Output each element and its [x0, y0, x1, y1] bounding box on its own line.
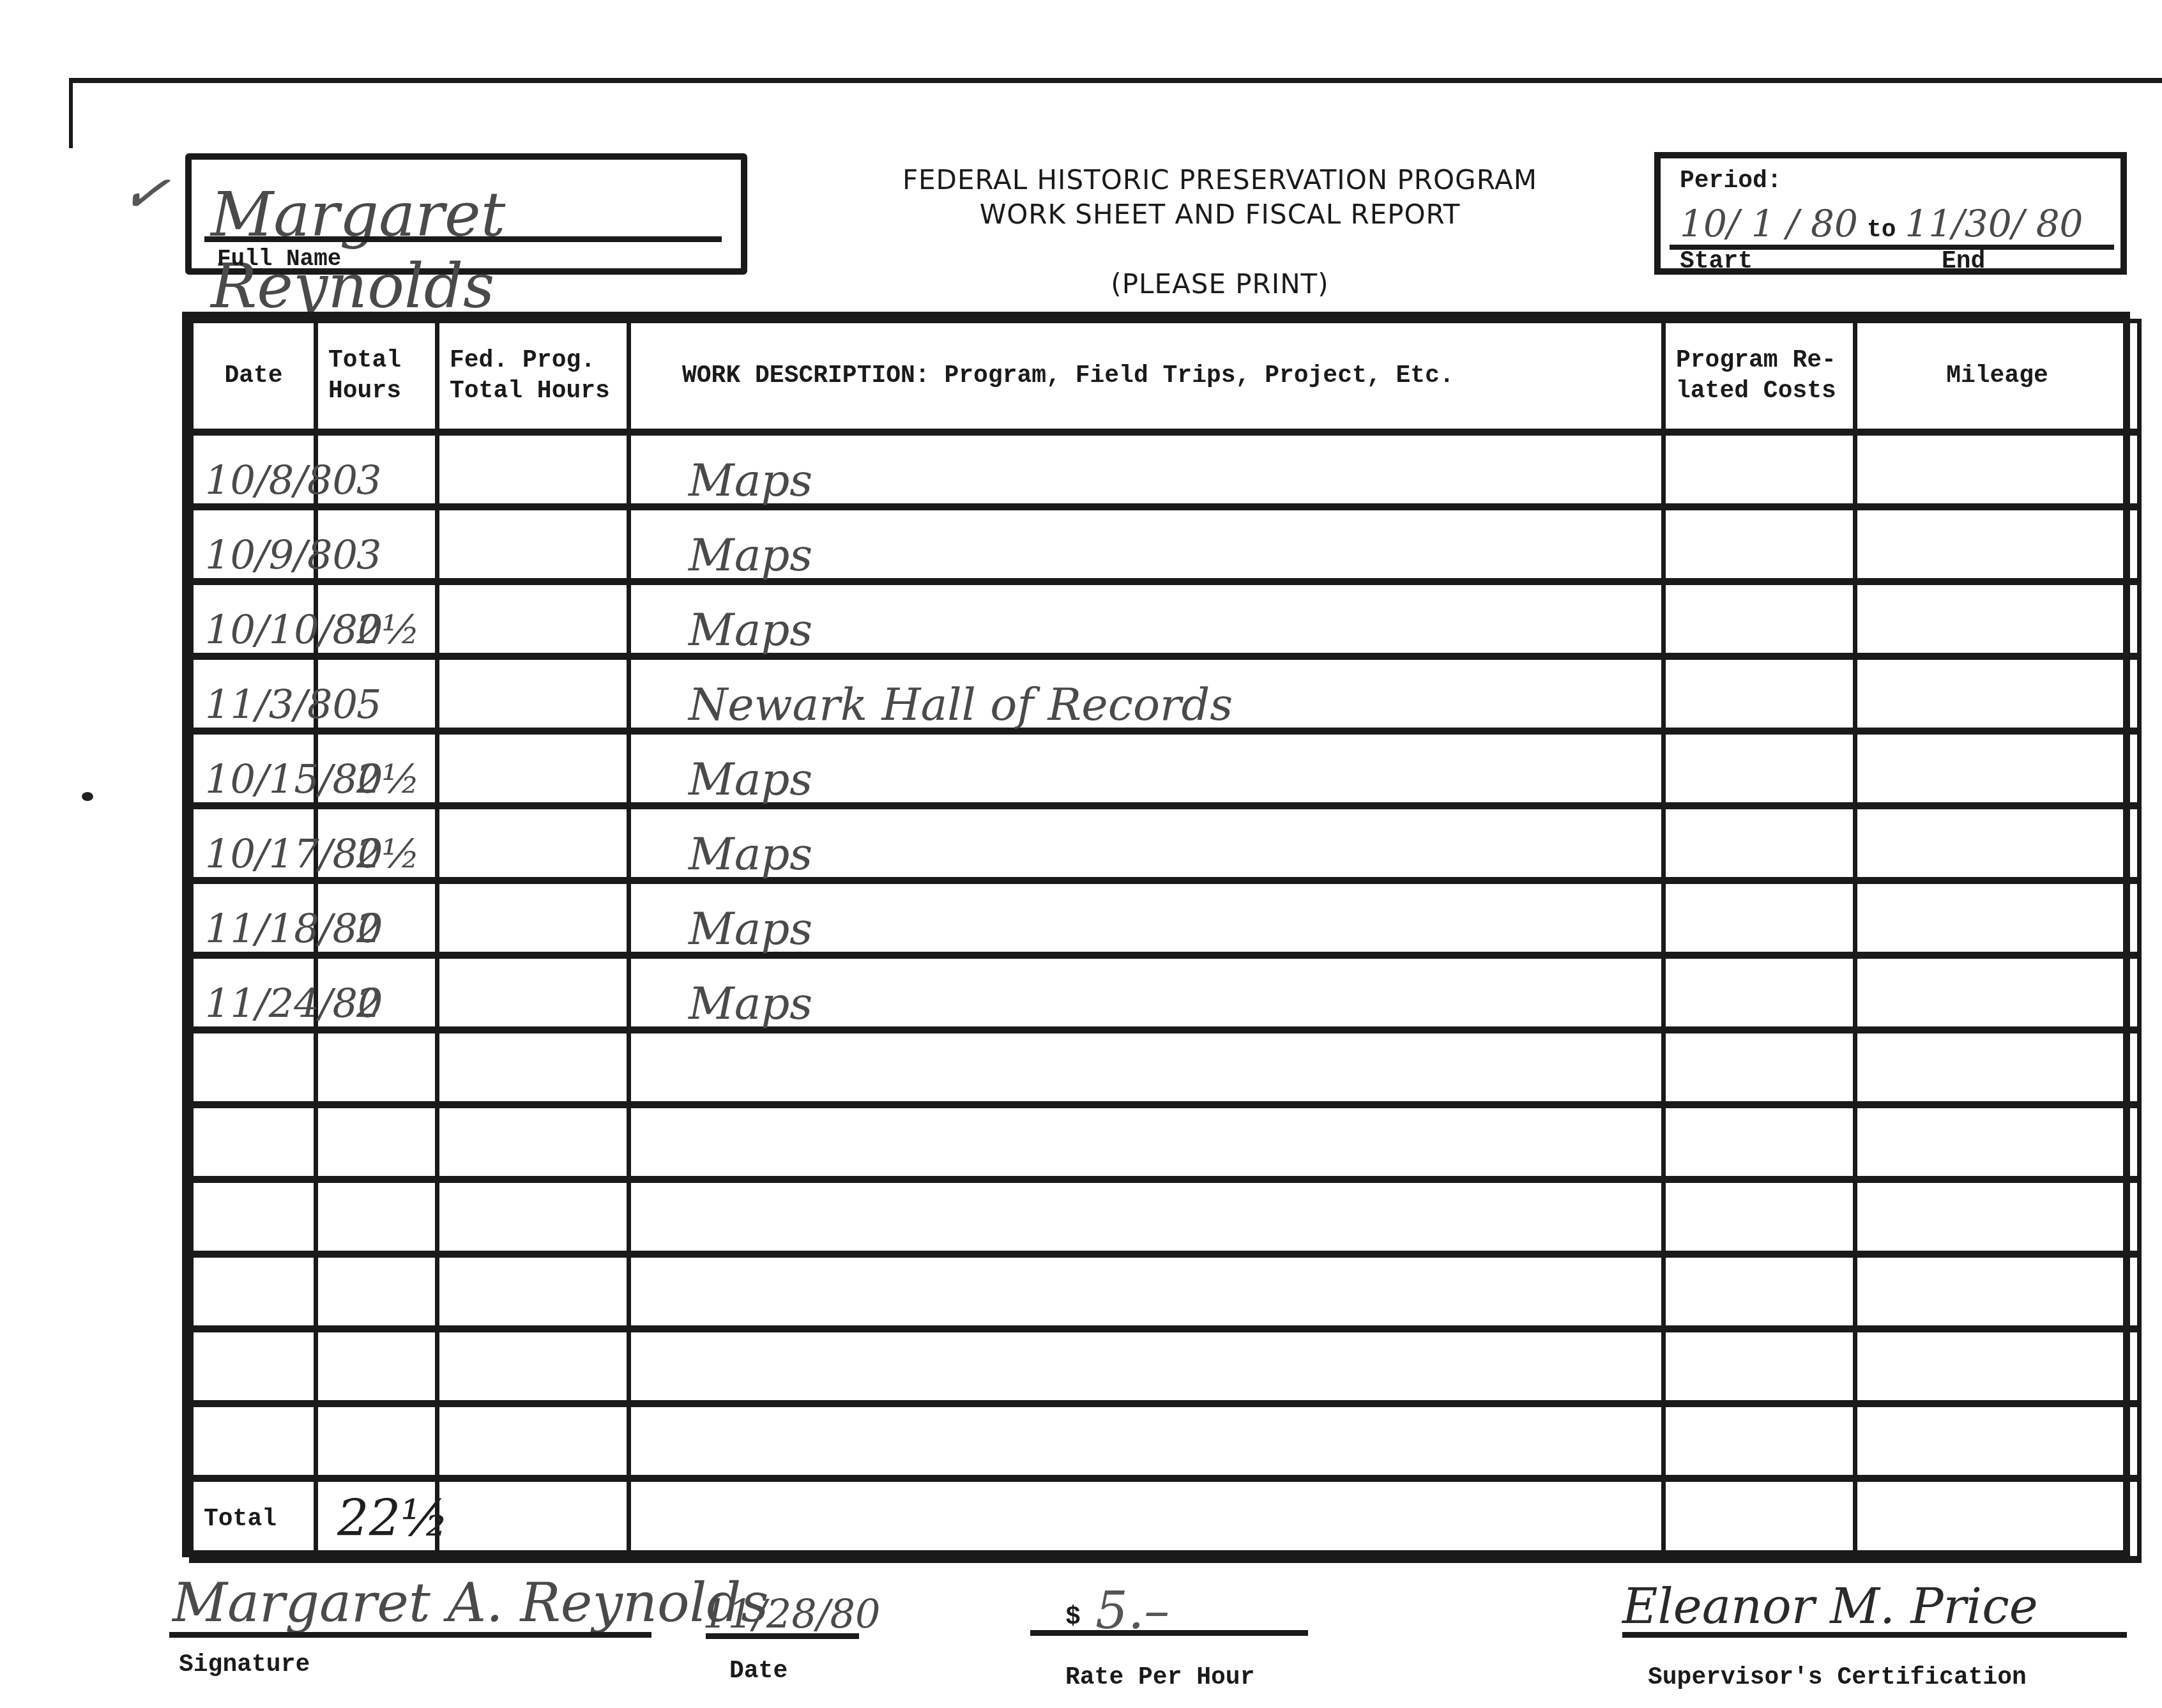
- date-cell[interactable]: 10/15/80: [192, 731, 316, 806]
- date-cell[interactable]: [192, 1105, 316, 1180]
- supervisor-underline: [1622, 1632, 2127, 1638]
- description-cell[interactable]: [629, 1105, 1664, 1180]
- table-row: 10/15/80 2½ Maps: [192, 731, 2140, 806]
- total-fed-hours-cell[interactable]: [438, 1479, 629, 1560]
- total-costs-cell[interactable]: [1664, 1479, 1855, 1560]
- costs-cell[interactable]: [1664, 1105, 1855, 1180]
- description-cell[interactable]: Newark Hall of Records: [629, 657, 1664, 731]
- table-row: 11/24/80 2 Maps: [192, 956, 2140, 1030]
- table-row: 10/8/80 3 Maps: [192, 432, 2140, 507]
- signature-underline: [169, 1632, 651, 1638]
- fed-hours-cell[interactable]: [438, 1180, 629, 1254]
- fed-hours-cell[interactable]: [438, 1329, 629, 1404]
- form-title-line-1: FEDERAL HISTORIC PRESERVATION PROGRAM: [881, 163, 1558, 197]
- total-label-cell: Total: [192, 1479, 316, 1560]
- description-cell[interactable]: Maps: [629, 881, 1664, 956]
- ink-speck: [82, 792, 93, 801]
- mileage-cell[interactable]: [1855, 1254, 2140, 1329]
- table-row: 10/17/80 2½ Maps: [192, 806, 2140, 881]
- mileage-cell[interactable]: [1855, 1105, 2140, 1180]
- costs-cell[interactable]: [1664, 1030, 1855, 1105]
- period-label: Period:: [1680, 167, 1782, 195]
- rate-currency-symbol: $: [1065, 1603, 1081, 1632]
- date-cell[interactable]: [192, 1180, 316, 1254]
- costs-cell[interactable]: [1664, 731, 1855, 806]
- table-header-row: Date TotalHours Fed. Prog.Total Hours WO…: [192, 321, 2140, 432]
- column-header-date: Date: [192, 321, 316, 432]
- form-title-line-2: WORK SHEET AND FISCAL REPORT: [881, 197, 1558, 232]
- fed-hours-cell[interactable]: [438, 806, 629, 881]
- table-row: [192, 1254, 2140, 1329]
- date-cell[interactable]: 10/8/80: [192, 432, 316, 507]
- date-cell[interactable]: [192, 1329, 316, 1404]
- form-title: FEDERAL HISTORIC PRESERVATION PROGRAM WO…: [881, 163, 1558, 232]
- total-label: Total: [194, 1506, 277, 1533]
- please-print-note: (PLEASE PRINT): [1022, 268, 1418, 300]
- column-header-total-hours: TotalHours: [316, 321, 438, 432]
- fed-hours-cell[interactable]: [438, 731, 629, 806]
- total-hours-cell[interactable]: 22½: [316, 1479, 438, 1560]
- supervisor-signature-field[interactable]: Eleanor M. Price: [1622, 1578, 2038, 1635]
- period-start-field[interactable]: 10/ 1 / 80: [1680, 202, 1858, 245]
- date-cell[interactable]: 10/10/80: [192, 582, 316, 657]
- fed-hours-cell[interactable]: [438, 582, 629, 657]
- description-cell[interactable]: [629, 1030, 1664, 1105]
- total-hours-value: 22½: [318, 1496, 435, 1542]
- costs-cell[interactable]: [1664, 956, 1855, 1030]
- table-row: 11/3/80 5 Newark Hall of Records: [192, 657, 2140, 731]
- hours-cell[interactable]: [316, 1329, 438, 1404]
- period-end-label: End: [1942, 248, 1985, 275]
- date-cell[interactable]: 11/3/80: [192, 657, 316, 731]
- description-cell[interactable]: Maps: [629, 956, 1664, 1030]
- table-row: [192, 1180, 2140, 1254]
- fed-hours-cell[interactable]: [438, 432, 629, 507]
- table-row: [192, 1404, 2140, 1479]
- mileage-cell[interactable]: [1855, 657, 2140, 731]
- fed-hours-cell[interactable]: [438, 1030, 629, 1105]
- hours-cell[interactable]: [316, 1105, 438, 1180]
- signature-date-underline: [706, 1633, 859, 1639]
- mileage-cell[interactable]: [1855, 806, 2140, 881]
- fed-hours-cell[interactable]: [438, 1105, 629, 1180]
- hours-cell[interactable]: [316, 1404, 438, 1479]
- signature-date-label: Date: [729, 1658, 788, 1685]
- costs-cell[interactable]: [1664, 432, 1855, 507]
- period-box: Period: 10/ 1 / 80 to 11/30/ 80 Start En…: [1654, 152, 2127, 275]
- period-start-label: Start: [1680, 248, 1753, 275]
- costs-cell[interactable]: [1664, 507, 1855, 582]
- date-cell[interactable]: 10/17/80: [192, 806, 316, 881]
- costs-cell[interactable]: [1664, 1329, 1855, 1404]
- mileage-cell[interactable]: [1855, 731, 2140, 806]
- signature-field[interactable]: Margaret A. Reynolds: [172, 1571, 768, 1634]
- work-sheet-grid: Date TotalHours Fed. Prog.Total Hours WO…: [189, 319, 2142, 1563]
- hours-cell[interactable]: [316, 1030, 438, 1105]
- full-name-box: Margaret Reynolds Full Name: [185, 153, 747, 275]
- description-cell[interactable]: [629, 1329, 1664, 1404]
- full-name-label: Full Name: [217, 246, 341, 272]
- mileage-cell[interactable]: [1855, 1180, 2140, 1254]
- date-cell[interactable]: 11/24/80: [192, 956, 316, 1030]
- fed-hours-cell[interactable]: [438, 507, 629, 582]
- mileage-cell[interactable]: [1855, 432, 2140, 507]
- rate-underline: [1030, 1630, 1308, 1636]
- description-cell[interactable]: Maps: [629, 432, 1664, 507]
- supervisor-certification-label: Supervisor's Certification: [1648, 1664, 2027, 1691]
- costs-cell[interactable]: [1664, 582, 1855, 657]
- mileage-cell[interactable]: [1855, 507, 2140, 582]
- table-row: 10/9/80 3 Maps: [192, 507, 2140, 582]
- table-row: 10/10/80 2½ Maps: [192, 582, 2140, 657]
- page-left-border: [69, 78, 73, 148]
- signature-date-field[interactable]: 11/28/80: [703, 1590, 880, 1637]
- costs-cell[interactable]: [1664, 806, 1855, 881]
- description-cell[interactable]: Maps: [629, 582, 1664, 657]
- date-cell[interactable]: [192, 1404, 316, 1479]
- checkmark-icon: ✓: [117, 156, 174, 229]
- total-mileage-cell[interactable]: [1855, 1479, 2140, 1560]
- mileage-cell[interactable]: [1855, 1404, 2140, 1479]
- description-cell[interactable]: Maps: [629, 806, 1664, 881]
- mileage-cell[interactable]: [1855, 881, 2140, 956]
- costs-cell[interactable]: [1664, 1180, 1855, 1254]
- description-cell[interactable]: [629, 1404, 1664, 1479]
- hours-cell[interactable]: [316, 1180, 438, 1254]
- mileage-cell[interactable]: [1855, 1030, 2140, 1105]
- description-cell[interactable]: Maps: [629, 731, 1664, 806]
- total-row: Total 22½: [192, 1479, 2140, 1560]
- date-cell[interactable]: 11/18/80: [192, 881, 316, 956]
- costs-cell[interactable]: [1664, 881, 1855, 956]
- date-cell[interactable]: [192, 1254, 316, 1329]
- table-row: [192, 1329, 2140, 1404]
- description-cell[interactable]: [629, 1254, 1664, 1329]
- costs-cell[interactable]: [1664, 1254, 1855, 1329]
- full-name-underline: [204, 236, 722, 242]
- mileage-cell[interactable]: [1855, 582, 2140, 657]
- signature-label: Signature: [179, 1651, 310, 1679]
- mileage-cell[interactable]: [1855, 1329, 2140, 1404]
- period-connector: to: [1867, 217, 1896, 244]
- date-cell[interactable]: [192, 1030, 316, 1105]
- costs-cell[interactable]: [1664, 1404, 1855, 1479]
- fed-hours-cell[interactable]: [438, 657, 629, 731]
- table-row: 11/18/80 2 Maps: [192, 881, 2140, 956]
- column-header-program-costs: Program Re-lated Costs: [1664, 321, 1855, 432]
- description-cell[interactable]: [629, 1180, 1664, 1254]
- table-row: [192, 1030, 2140, 1105]
- fed-hours-cell[interactable]: [438, 1404, 629, 1479]
- fed-hours-cell[interactable]: [438, 956, 629, 1030]
- mileage-cell[interactable]: [1855, 956, 2140, 1030]
- column-header-work-description: WORK DESCRIPTION: Program, Field Trips, …: [629, 321, 1664, 432]
- description-cell[interactable]: Maps: [629, 507, 1664, 582]
- work-sheet-table: Date TotalHours Fed. Prog.Total Hours WO…: [182, 312, 2130, 1557]
- rate-per-hour-label: Rate Per Hour: [1065, 1664, 1254, 1691]
- page-top-border: [70, 78, 2162, 83]
- total-description-cell: [629, 1479, 1664, 1560]
- table-row: [192, 1105, 2140, 1180]
- column-header-fed-prog-hours: Fed. Prog.Total Hours: [438, 321, 629, 432]
- fed-hours-cell[interactable]: [438, 1254, 629, 1329]
- period-end-field[interactable]: 11/30/ 80: [1905, 202, 2083, 245]
- date-cell[interactable]: 10/9/80: [192, 507, 316, 582]
- fed-hours-cell[interactable]: [438, 881, 629, 956]
- hours-cell[interactable]: [316, 1254, 438, 1329]
- period-dates: 10/ 1 / 80 to 11/30/ 80: [1680, 202, 2108, 245]
- costs-cell[interactable]: [1664, 657, 1855, 731]
- column-header-mileage: Mileage: [1855, 321, 2140, 432]
